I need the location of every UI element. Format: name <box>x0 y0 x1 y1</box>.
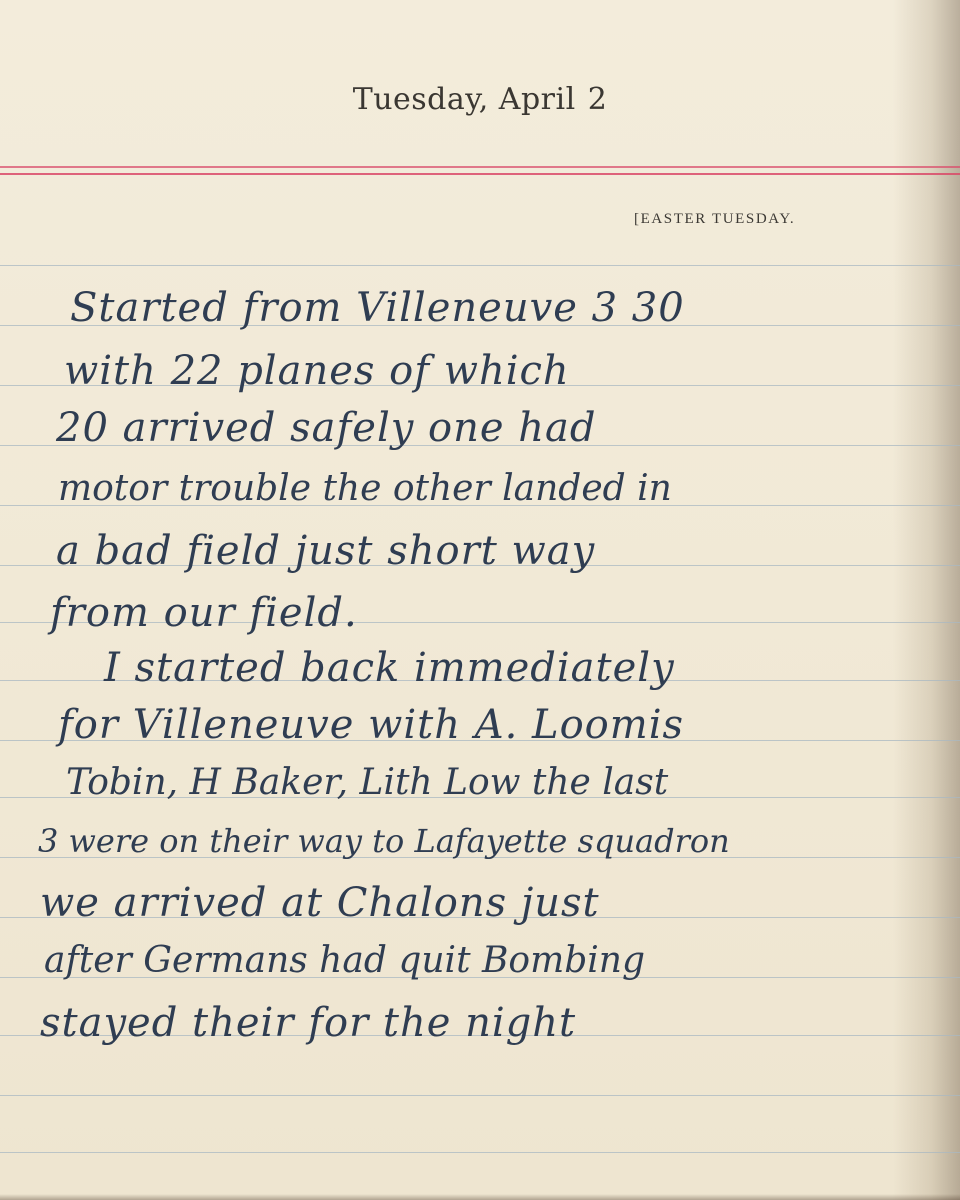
entry-line: for Villeneuve with A. Loomis <box>58 702 684 748</box>
entry-line: after Germans had quit Bombing <box>44 940 645 981</box>
page-date-heading: Tuesday, April2 <box>0 82 960 117</box>
diary-page: Tuesday, April2 [EASTER TUESDAY. Started… <box>0 0 960 1200</box>
entry-line: Started from Villeneuve 3 30 <box>70 285 685 331</box>
entry-line: 3 were on their way to Lafayette squadro… <box>38 822 730 860</box>
entry-line: 20 arrived safely one had <box>56 405 597 451</box>
day-number: 2 <box>588 82 608 117</box>
holiday-label: [EASTER TUESDAY. <box>634 211 795 228</box>
ruled-line <box>0 265 960 266</box>
ruled-line <box>0 1152 960 1153</box>
entry-line: Tobin, H Baker, Lith Low the last <box>66 762 668 803</box>
entry-line: a bad field just short way <box>56 528 595 574</box>
entry-line: we arrived at Chalons just <box>40 880 600 926</box>
entry-line: motor trouble the other landed in <box>58 468 672 509</box>
entry-line: with 22 planes of which <box>64 348 570 394</box>
entry-line: stayed their for the night <box>40 1000 576 1046</box>
page-bottom-edge <box>0 1194 960 1200</box>
entry-line: I started back immediately <box>104 645 675 691</box>
red-header-rule-bottom <box>0 173 960 175</box>
date-label: Tuesday, April <box>353 82 576 117</box>
ruled-line <box>0 1095 960 1096</box>
entry-line: from our field. <box>50 590 358 636</box>
red-header-rule-top <box>0 166 960 168</box>
